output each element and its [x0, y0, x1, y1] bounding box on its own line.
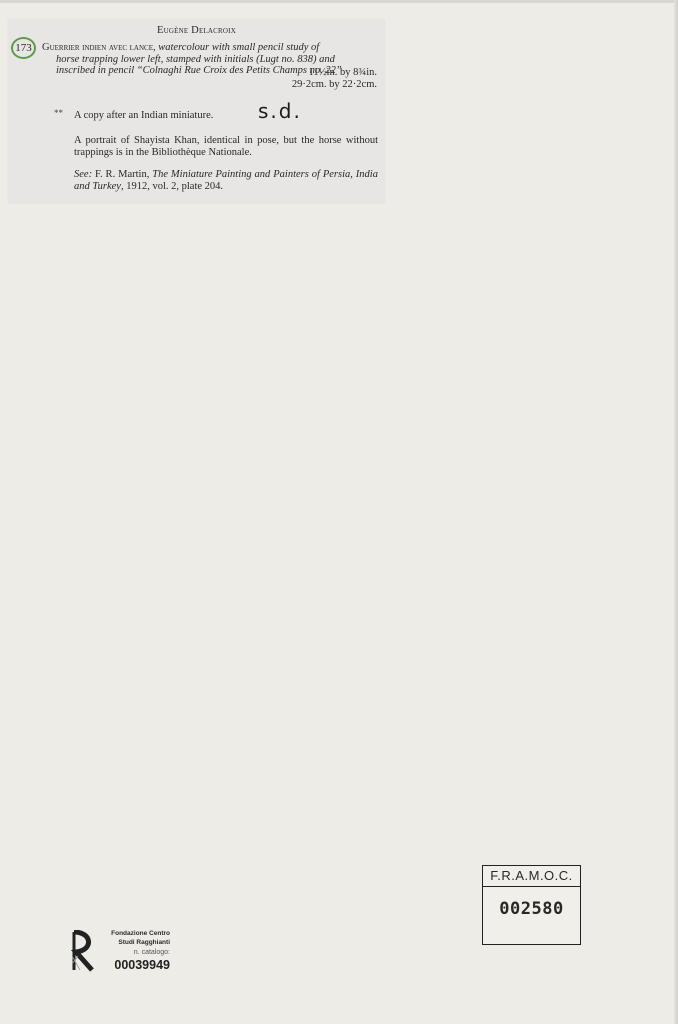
catalog-label: Fondazione Centro Studi Ragghianti n. ca…: [70, 925, 180, 977]
reference-author: F. R. Martin,: [92, 169, 152, 180]
artist-name: Eugène Delacroix: [8, 25, 385, 36]
stamp-header: F.R.A.M.O.C.: [483, 866, 580, 887]
reference-prefix: See:: [74, 169, 92, 180]
description-line-1: watercolour with small pencil study of: [158, 42, 319, 53]
stamp-number: 002580: [483, 899, 580, 919]
reference-suffix: , 1912, vol. 2, plate 204.: [121, 181, 223, 192]
ragghianti-logo-icon: [70, 930, 96, 972]
label-foundation-line2: Studi Ragghianti: [118, 939, 170, 946]
label-catalog-number: 00039949: [114, 958, 170, 972]
label-catalog-caption: n. catalogo:: [134, 949, 170, 956]
provenance-paragraph: A portrait of Shayista Khan, identical i…: [74, 135, 378, 158]
framoc-stamp: F.R.A.M.O.C. 002580: [482, 865, 581, 945]
handwritten-annotation: s.d.: [258, 99, 302, 123]
reference-paragraph: See: F. R. Martin, The Miniature Paintin…: [74, 169, 378, 192]
label-foundation-line1: Fondazione Centro: [111, 930, 170, 937]
artwork-title: Guerrier indien avec lance,: [42, 42, 156, 53]
note-text: A copy after an Indian miniature.: [74, 110, 213, 121]
scan-top-edge: [0, 0, 678, 3]
description-line-2: horse trapping lower left, stamped with …: [42, 54, 378, 66]
scan-right-edge: [674, 0, 678, 1024]
dimensions-cm: 29·2cm. by 22·2cm.: [177, 79, 377, 91]
dimensions-inches: 11½in. by 8¾in.: [177, 67, 377, 79]
catalog-clipping: Eugène Delacroix 173 Guerrier indien ave…: [8, 19, 385, 203]
asterism-marker: **: [54, 108, 63, 118]
lot-number-circled: 173: [11, 37, 36, 59]
